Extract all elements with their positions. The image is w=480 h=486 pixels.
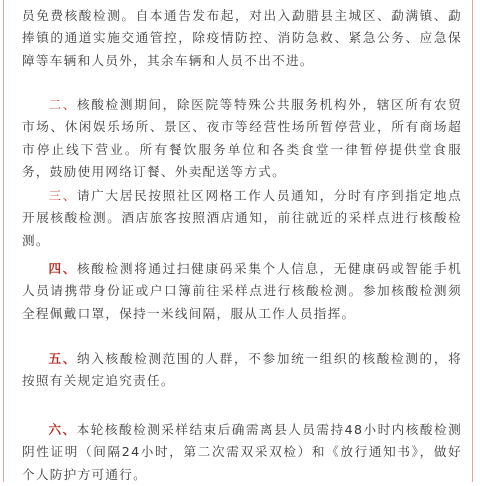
section-number: 三、	[48, 188, 77, 203]
paragraph-text: 核酸检测期间，除医院等特殊公共服务机构外，辖区所有农贸市场、休闲娱乐场所、景区、…	[22, 97, 462, 179]
paragraph-text: 纳入核酸检测范围的人群，不参加统一组织的核酸检测的，将按照有关规定追究责任。	[22, 351, 462, 388]
paragraph-text: 员免费核酸检测。自本通告发布起，对出入勐腊县主城区、勐满镇、勐捧镇的通道实施交通…	[22, 8, 462, 68]
section-number: 二、	[48, 97, 77, 112]
paragraph-1-continuation: 员免费核酸检测。自本通告发布起，对出入勐腊县主城区、勐满镇、勐捧镇的通道实施交通…	[22, 5, 462, 72]
section-number: 六、	[48, 422, 76, 437]
paragraph-4: 四、核酸检测将通过扫健康码采集个人信息，无健康码或智能手机人员请携带身份证或户口…	[22, 258, 462, 325]
paragraph-3: 三、请广大居民按照社区网格工作人员通知，分时有序到指定地点开展核酸检测。酒店旅客…	[22, 185, 462, 252]
section-number: 四、	[48, 261, 77, 276]
paragraph-text: 核酸检测将通过扫健康码采集个人信息，无健康码或智能手机人员请携带身份证或户口簿前…	[22, 261, 462, 321]
paragraph-2: 二、核酸检测期间，除医院等特殊公共服务机构外，辖区所有农贸市场、休闲娱乐场所、景…	[22, 94, 462, 183]
paragraph-5: 五、纳入核酸检测范围的人群，不参加统一组织的核酸检测的，将按照有关规定追究责任。	[22, 348, 462, 393]
paragraph-text: 请广大居民按照社区网格工作人员通知，分时有序到指定地点开展核酸检测。酒店旅客按照…	[22, 188, 462, 248]
section-number: 五、	[48, 351, 77, 366]
paragraph-6: 六、本轮核酸检测采样结束后确需离县人员需持48小时内核酸检测阴性证明（间隔24小…	[22, 419, 462, 480]
paragraph-text: 本轮核酸检测采样结束后确需离县人员需持48小时内核酸检测阴性证明（间隔24小时，…	[22, 422, 462, 480]
